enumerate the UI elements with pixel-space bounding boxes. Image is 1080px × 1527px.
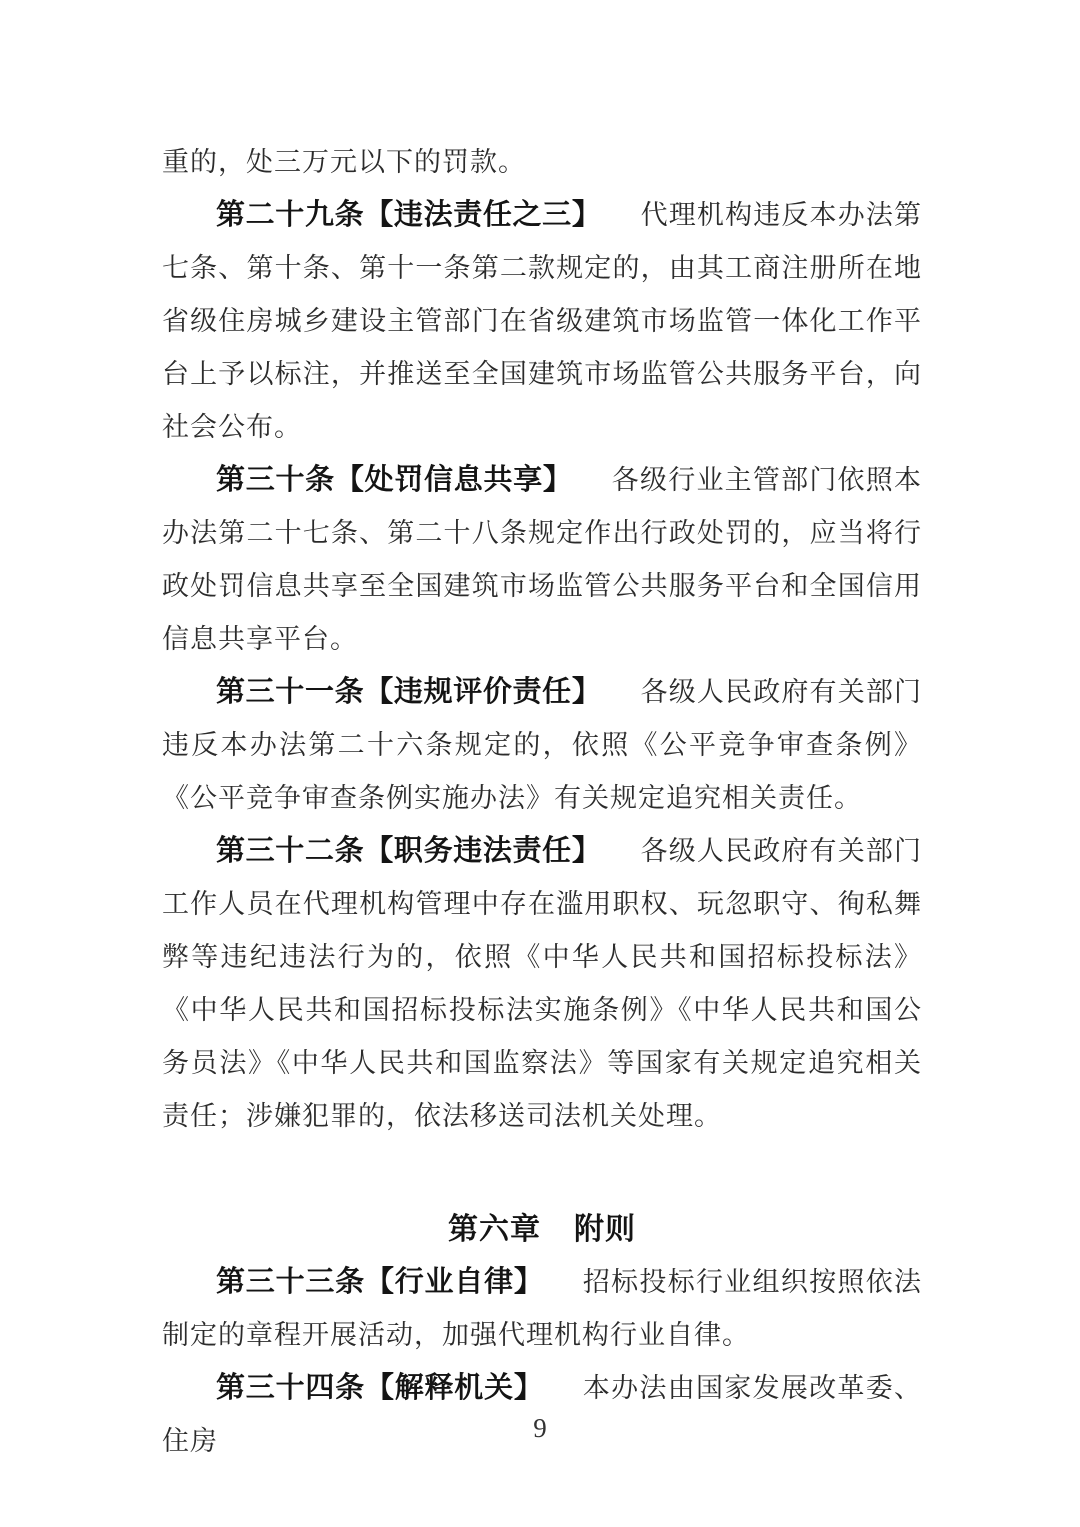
- document-content: 重的，处三万元以下的罚款。 第二十九条【违法责任之三】代理机构违反本办法第七条、…: [162, 136, 922, 1468]
- article-29-paragraph: 第二十九条【违法责任之三】代理机构违反本办法第七条、第十条、第十一条第二款规定的…: [162, 189, 922, 454]
- article-34-title: 第三十四条【解释机关】: [216, 1372, 544, 1404]
- page-number: 9: [0, 1402, 1080, 1455]
- article-30-title: 第三十条【处罚信息共享】: [216, 464, 573, 496]
- article-32-paragraph: 第三十二条【职务违法责任】各级人民政府有关部门工作人员在代理机构管理中存在滥用职…: [162, 825, 922, 1143]
- article-31-paragraph: 第三十一条【违规评价责任】各级人民政府有关部门违反本办法第二十六条规定的，依照《…: [162, 666, 922, 825]
- article-30-paragraph: 第三十条【处罚信息共享】各级行业主管部门依照本办法第二十七条、第二十八条规定作出…: [162, 454, 922, 666]
- paragraph-continuation: 重的，处三万元以下的罚款。: [162, 136, 922, 189]
- article-32-body: 各级人民政府有关部门工作人员在代理机构管理中存在滥用职权、玩忽职守、徇私舞弊等违…: [162, 836, 922, 1131]
- chapter-title: 附则: [574, 1213, 636, 1246]
- article-31-title: 第三十一条【违规评价责任】: [216, 676, 601, 708]
- document-page: 重的，处三万元以下的罚款。 第二十九条【违法责任之三】代理机构违反本办法第七条、…: [0, 0, 1080, 1527]
- article-29-body: 代理机构违反本办法第七条、第十条、第十一条第二款规定的，由其工商注册所在地省级住…: [162, 200, 922, 442]
- article-29-title: 第二十九条【违法责任之三】: [216, 199, 601, 231]
- chapter-number: 第六章: [448, 1213, 541, 1246]
- chapter-heading: 第六章附则: [162, 1203, 922, 1256]
- article-33-title: 第三十三条【行业自律】: [216, 1266, 544, 1298]
- article-32-title: 第三十二条【职务违法责任】: [216, 835, 601, 867]
- article-33-paragraph: 第三十三条【行业自律】招标投标行业组织按照依法制定的章程开展活动，加强代理机构行…: [162, 1256, 922, 1362]
